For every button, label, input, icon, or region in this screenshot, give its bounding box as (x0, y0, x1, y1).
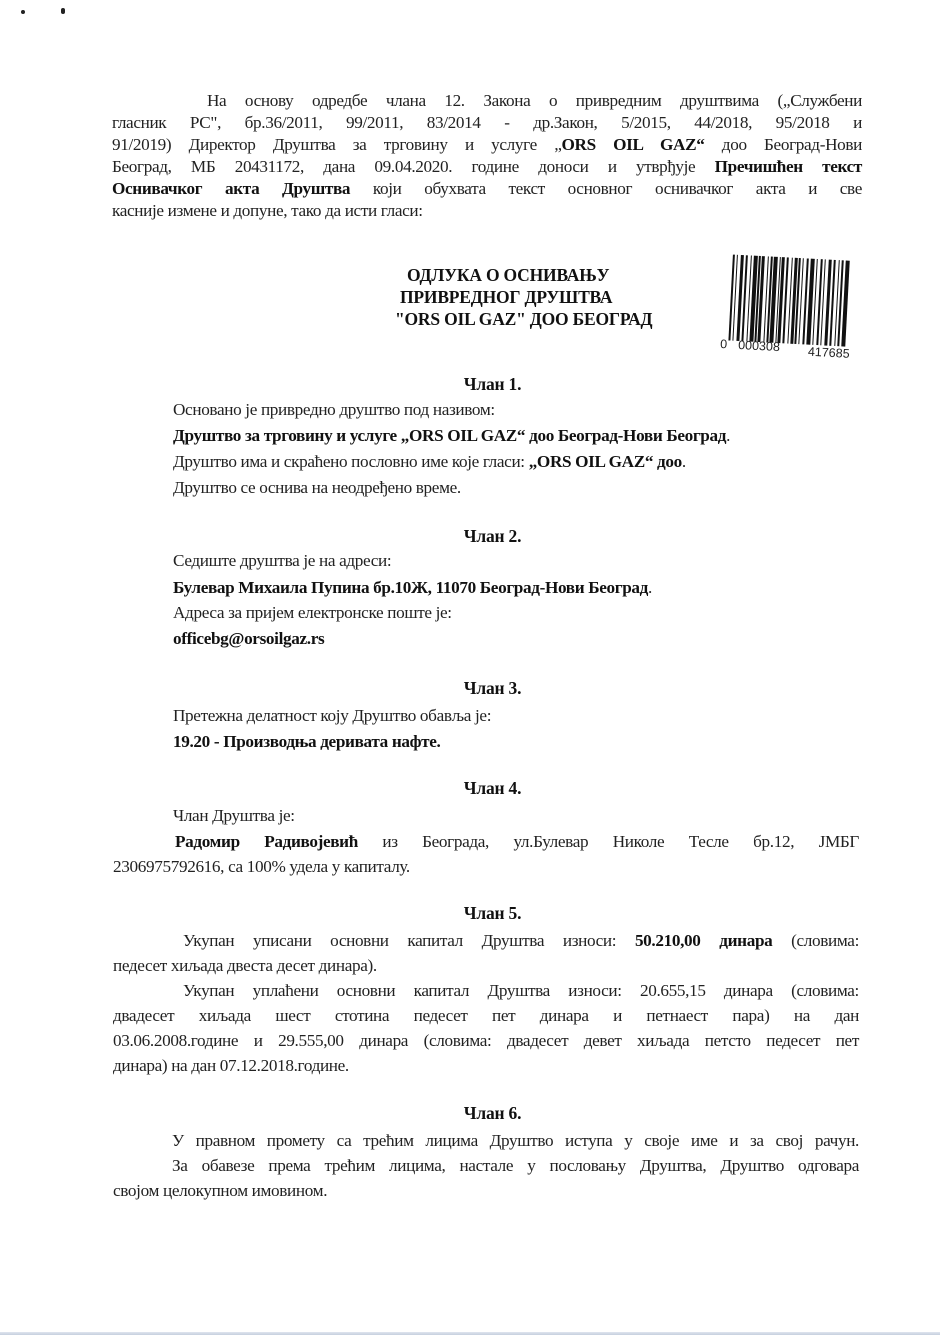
barcode-group-1: 000308 (738, 338, 780, 354)
text-span: . (726, 426, 730, 445)
preamble-line: Оснивачког акта Друштва који обухвата те… (112, 178, 862, 200)
article-1-company-name: Друштво за трговину и услуге „ORS OIL GA… (173, 424, 730, 448)
article-1-line: Друштво се оснива на неодређено време. (173, 476, 461, 500)
capital-line: двадесет хиљада шест стотина педесет пет… (113, 1003, 859, 1028)
article-4-line: Члан Друштва је: (173, 804, 295, 828)
preamble-line: На основу одредбе члана 12. Закона о при… (112, 90, 862, 112)
article-2-line: Седиште друштва је на адреси: (173, 549, 391, 573)
preamble: На основу одредбе члана 12. Закона о при… (112, 90, 862, 222)
barcode-group-2: 417685 (808, 345, 850, 361)
text-span: Укупан уписани основни капитал Друштва и… (183, 931, 635, 950)
article-heading: Члан 3. (0, 678, 940, 699)
document-title: ОДЛУКА О ОСНИВАЊУ ПРИВРЕДНОГ ДРУШТВА "OR… (395, 264, 685, 330)
article-6-body: У правном промету са трећим лицима Друшт… (113, 1128, 859, 1203)
email-address: officebg@orsoilgaz.rs (173, 629, 324, 648)
article-4-member: Радомир Радивојевић из Београда, ул.Буле… (113, 829, 859, 879)
article-heading: Члан 5. (0, 903, 940, 924)
member-line: 2306975792616, са 100% удела у капиталу. (113, 854, 859, 879)
document-page: На основу одредбе члана 12. Закона о при… (0, 0, 940, 1335)
barcode: 0 000308 417685 (719, 254, 874, 370)
text-span: доо Београд-Нови (704, 135, 862, 154)
preamble-line: касније измене и допуне, тако да исти гл… (112, 200, 862, 222)
article-3-activity: 19.20 - Производња деривата нафте. (173, 730, 440, 754)
text-span: . (648, 578, 652, 597)
article-heading: Члан 1. (0, 374, 940, 395)
company-address: Булевар Михаила Пупина бр.10Ж, 11070 Бео… (173, 578, 648, 597)
activity-code: 19.20 - Производња деривата нафте. (173, 732, 440, 751)
article-2-address: Булевар Михаила Пупина бр.10Ж, 11070 Бео… (173, 576, 652, 600)
article-5-body: Укупан уписани основни капитал Друштва и… (113, 928, 859, 1078)
capital-line: динара) на дан 07.12.2018.године. (113, 1053, 859, 1078)
subscribed-capital: 50.210,00 динара (635, 931, 772, 950)
company-full-name: Друштво за трговину и услуге „ORS OIL GA… (173, 426, 726, 445)
text-span: (словима: (772, 931, 859, 950)
founding-act-bold: Оснивачког акта Друштва (112, 179, 350, 198)
preamble-line: Београд, МБ 20431172, дана 09.04.2020. г… (112, 156, 862, 178)
scan-mark (21, 10, 25, 14)
article-3-line: Претежна делатност коју Друштво обавља ј… (173, 704, 491, 728)
text-span: . (682, 452, 686, 471)
article-1-line: Друштво има и скраћено пословно име које… (173, 450, 686, 474)
article-6-line: У правном промету са трећим лицима Друшт… (113, 1128, 859, 1153)
preamble-line: гласник РС", бр.36/2011, 99/2011, 83/201… (112, 112, 862, 134)
title-line: "ORS OIL GAZ" ДОО БЕОГРАД (395, 308, 685, 330)
capital-line: Укупан уписани основни капитал Друштва и… (113, 928, 859, 953)
company-email: officebg@orsoilgaz.rs (173, 627, 324, 651)
capital-line: Укупан уплаћени основни капитал Друштва … (113, 978, 859, 1003)
barcode-icon (728, 255, 864, 348)
article-1-line: Основано је привредно друштво под називо… (173, 398, 495, 422)
article-6-line: За обавезе према трећим лицима, настале … (113, 1153, 859, 1178)
preamble-line: 91/2019) Директор Друштва за трговину и … (112, 134, 862, 156)
article-heading: Члан 2. (0, 526, 940, 547)
text-span: из Београда, ул.Булевар Николе Тесле бр.… (358, 832, 859, 851)
scan-mark (61, 8, 65, 14)
company-name-bold: ORS OIL GAZ“ (562, 135, 705, 154)
text-span: Београд, МБ 20431172, дана 09.04.2020. г… (112, 157, 715, 176)
title-line: ПРИВРЕДНОГ ДРУШТВА (395, 286, 685, 308)
article-heading: Члан 6. (0, 1103, 940, 1124)
article-6-line: својом целокупном имовином. (113, 1178, 859, 1203)
refined-text-bold: Пречишћен текст (715, 157, 862, 176)
text-span: 91/2019) Директор Друштва за трговину и … (112, 135, 562, 154)
text-span: Друштво има и скраћено пословно име које… (173, 452, 529, 471)
title-line: ОДЛУКА О ОСНИВАЊУ (395, 264, 685, 286)
member-line: Радомир Радивојевић из Београда, ул.Буле… (113, 829, 859, 854)
capital-line: педесет хиљада двеста десет динара). (113, 953, 859, 978)
member-name: Радомир Радивојевић (175, 832, 358, 851)
capital-line: 03.06.2008.године и 29.555,00 динара (сл… (113, 1028, 859, 1053)
barcode-prefix: 0 (720, 337, 728, 351)
article-heading: Члан 4. (0, 778, 940, 799)
company-short-name: „ORS OIL GAZ“ доо (529, 452, 682, 471)
text-span: који обухвата текст основног оснивачког … (350, 179, 862, 198)
article-2-line: Адреса за пријем електронске поште је: (173, 601, 452, 625)
